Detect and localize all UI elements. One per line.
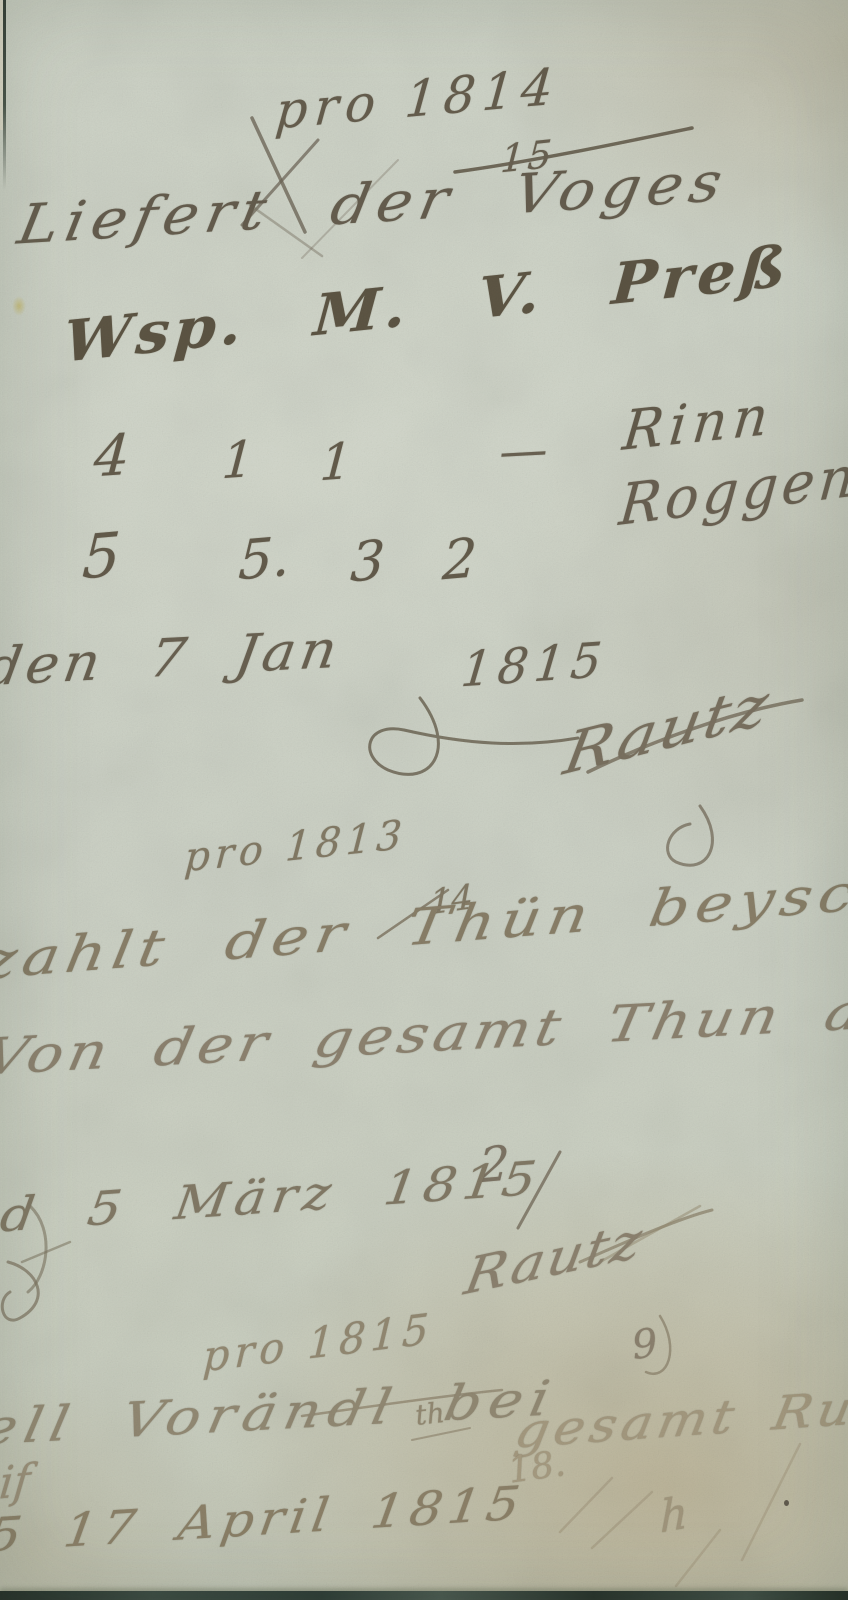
handwriting-digit-9: 9 (630, 1323, 659, 1365)
corner-flourish (2, 1262, 38, 1320)
handwriting-date-january-year: 1815 (459, 636, 610, 695)
signature1-tail (668, 806, 713, 865)
handwriting-note-line-3: ell Vorändl bei (0, 1374, 561, 1453)
handwriting-fragment-left: if (0, 1459, 32, 1507)
handwriting-row2-value-1: 5 (81, 525, 122, 589)
handwriting-year-1815: pro 1815 (202, 1308, 435, 1379)
handwriting-signature-2: Rautz (461, 1214, 648, 1303)
faint-double-slashes (592, 1492, 652, 1548)
handwriting-row1-value-1: 4 (92, 428, 131, 487)
handwriting-row2-value-4: 2 (441, 531, 478, 588)
handwriting-row2-value-2: 5. (237, 530, 291, 589)
handwriting-date-march: d 5 März 1815 (0, 1154, 545, 1238)
april-faint-slashes (742, 1444, 800, 1560)
handwriting-row2-value-3: 3 (349, 533, 386, 590)
handwriting-fragment-right: h (660, 1491, 688, 1541)
handwriting-column-heading: Wsp. M. V. Preß (62, 238, 792, 371)
paper-ink-speck (784, 1500, 789, 1506)
manuscript-page: pro 1814 15 Liefert der Voges Wsp. M. V.… (0, 0, 848, 1600)
handwriting-date-april: 5 17 April 1815 (0, 1479, 528, 1558)
handwriting-signature-1: Rautz (560, 675, 775, 784)
handwriting-row1-value-3: 1 (318, 436, 353, 489)
handwriting-note-line-1: zahlt der Thün beyschlag (0, 854, 848, 987)
handwriting-row2-label: Roggen (617, 449, 848, 535)
handwriting-row1-value-2: 1 (220, 434, 255, 487)
jan-loop-flourish (370, 698, 578, 774)
paper-stain-spot (12, 296, 26, 316)
bottom-edge-strip (0, 1591, 848, 1600)
faint-double-slashes (560, 1478, 612, 1532)
handwriting-note-line-2: Von der gesamt Thun auf (0, 982, 848, 1082)
maerz-lead-flourish (22, 1242, 70, 1262)
left-edge-line (3, 0, 6, 190)
handwriting-title: Liefert der Voges (14, 155, 733, 253)
handwriting-row1-dash: — (498, 425, 548, 475)
handwriting-year-1814: pro 1814 (274, 61, 562, 136)
handwriting-date-january: den 7 Jan (0, 623, 345, 694)
handwriting-row1-label: Rinn (620, 388, 776, 459)
handwriting-year-1813: pro 1813 (183, 815, 408, 879)
